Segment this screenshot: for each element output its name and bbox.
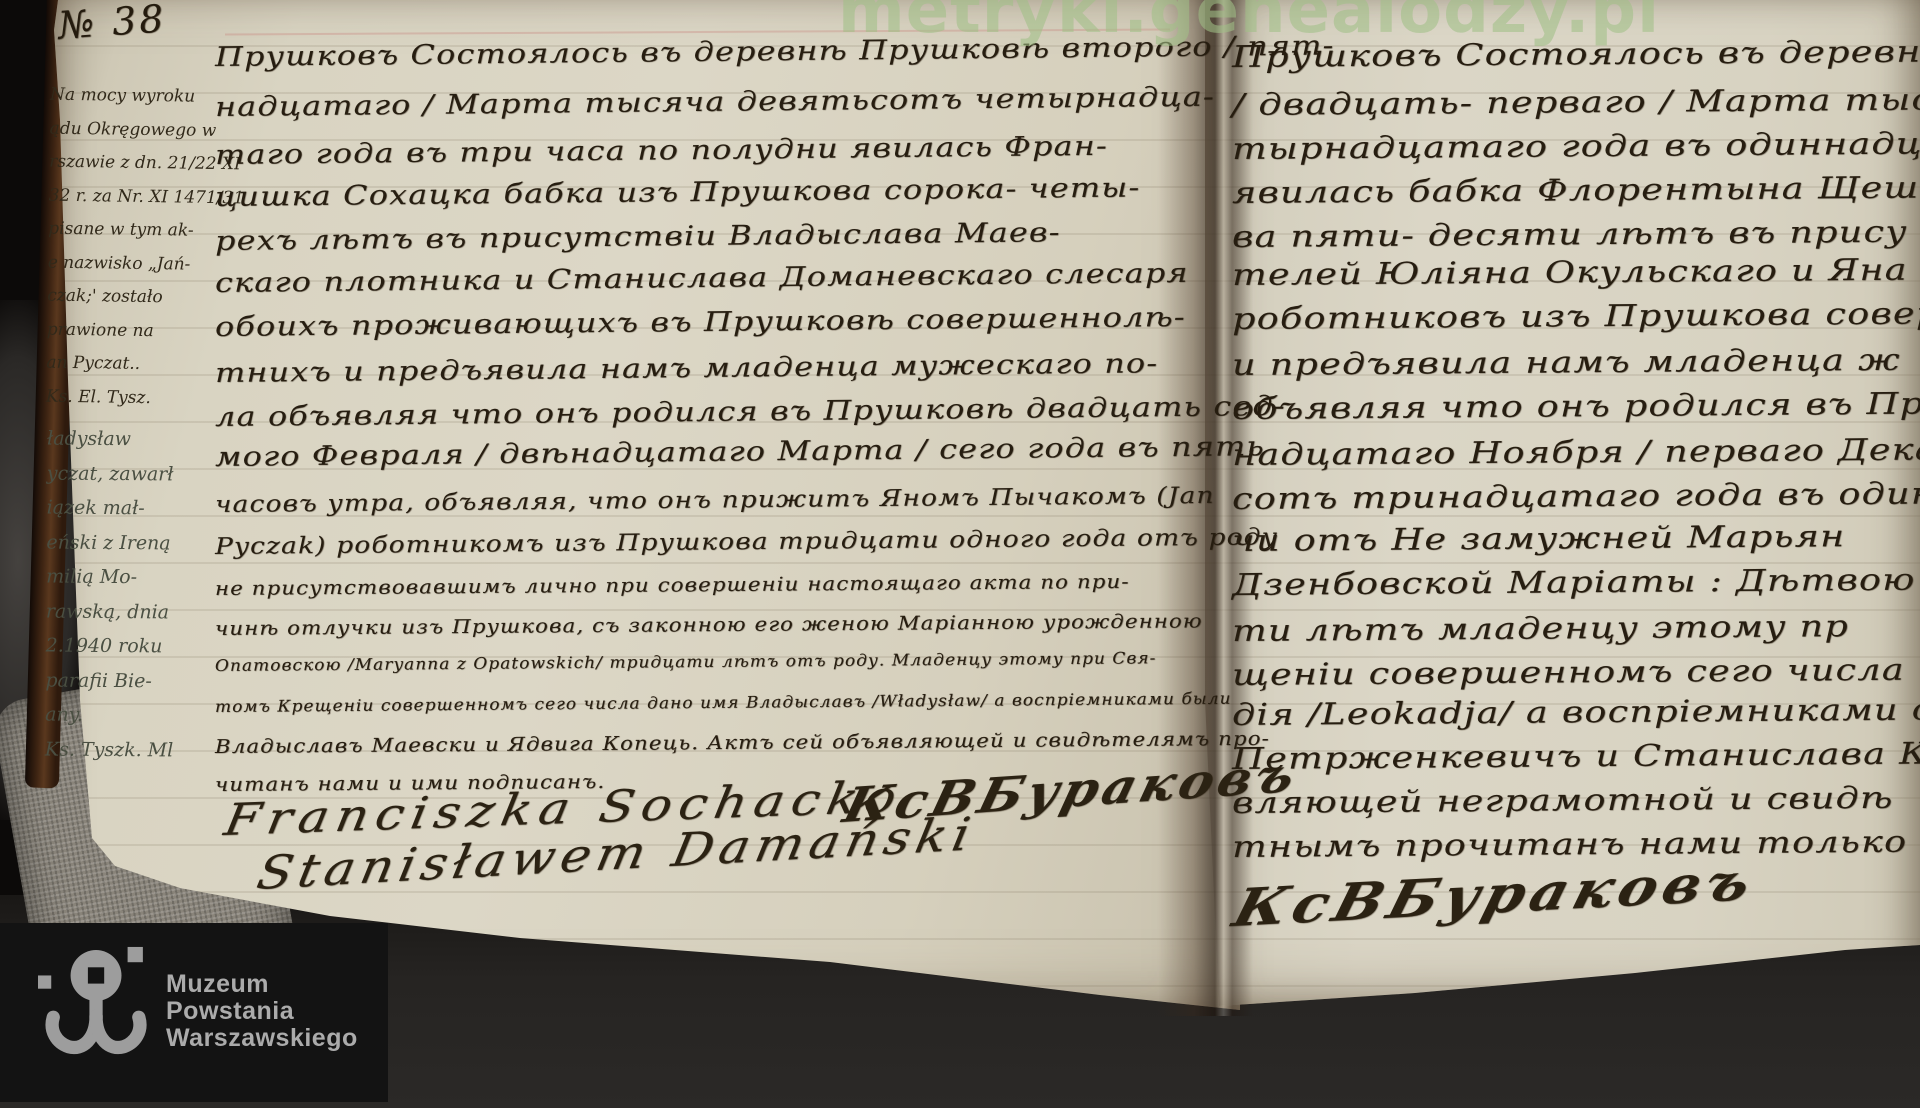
handwriting-line: тырнадцатаго года въ одиннадцат [1232, 126, 1920, 167]
handwriting-line: и предъявила намъ младенца ж [1232, 343, 1901, 383]
text-line: yczat, zawarł [47, 456, 176, 491]
text-line: Warszawskiego [166, 1025, 358, 1052]
text-line: ładysław [47, 422, 176, 457]
text-line: iązek mał- [46, 491, 175, 526]
handwriting-line: роботниковъ изъ Прушкова совер [1232, 296, 1920, 337]
handwriting-line: Петрженкевичъ и Станислава Кіеве [1232, 736, 1920, 777]
text-line: prawione na [47, 313, 243, 349]
text-line: parafii Bie- [45, 663, 174, 698]
register-book-photo: № 38 Na mocy wyrokuądu Okręgowego wrszaw… [0, 0, 1920, 1108]
museum-logo-block: MuzeumPowstaniaWarszawskiego [0, 923, 388, 1102]
handwriting-line: объявляя что онъ родился въ При [1232, 386, 1920, 427]
text-line: any. [45, 698, 174, 733]
handwriting-line: щеніи совершенномъ сего числа [1232, 653, 1905, 693]
museum-logo-text: MuzeumPowstaniaWarszawskiego [166, 971, 358, 1052]
kotwica-anchor-icon [38, 943, 150, 1069]
handwriting-line: чи отъ Не замужней Марьян [1232, 519, 1846, 559]
handwriting-line: сотъ тринадцатаго года въ один [1232, 476, 1920, 517]
text-line: Powstania [166, 998, 358, 1025]
text-line: an Pyczat.. [46, 347, 242, 383]
text-line: czak;' zostało [47, 280, 243, 316]
handwriting-line: явилась бабка Флорентына Щешек [1232, 170, 1920, 211]
record-number: № 38 [57, 0, 168, 48]
handwriting-line: ва пяти- десяти лѣтъ въ прису [1232, 215, 1908, 255]
text-line: Muzeum [166, 971, 358, 998]
text-line: milią Mo- [46, 560, 175, 595]
handwriting-line: ти лѣтъ младенцу этому пр [1232, 609, 1849, 649]
text-line: 2.1940 roku [46, 629, 175, 664]
handwriting-line: Дзенбовской Маріаты : Дѣтвою [1232, 563, 1916, 603]
handwriting-line: / двадцать- перваго / Марта тысяч [1232, 82, 1920, 123]
handwriting-line: надцатаго Ноября / перваго Декабря [1232, 432, 1920, 473]
handwriting-line: телей Юліяна Окульскаго и Яна [1232, 253, 1908, 293]
handwriting-line: Прушковъ Состоялось въ деревнѣ П [1232, 34, 1920, 75]
handwriting-line: дія /Leokadja/ а воспріемниками с [1232, 692, 1920, 733]
handwriting-line: тнымъ прочитанъ нами только [1232, 825, 1908, 865]
text-line: eński z Ireną [46, 525, 175, 560]
handwriting-line: вляющей неграмотной и свидѣ [1232, 781, 1894, 821]
margin-marriage-note: ładysławyczat, zawarłiązek mał-eński z I… [45, 422, 176, 768]
text-line: rawską, dnia [46, 594, 175, 629]
text-line: Ks. El. Tysz. [46, 380, 242, 416]
text-line: Ks. Tyszk. Ml [45, 732, 174, 767]
